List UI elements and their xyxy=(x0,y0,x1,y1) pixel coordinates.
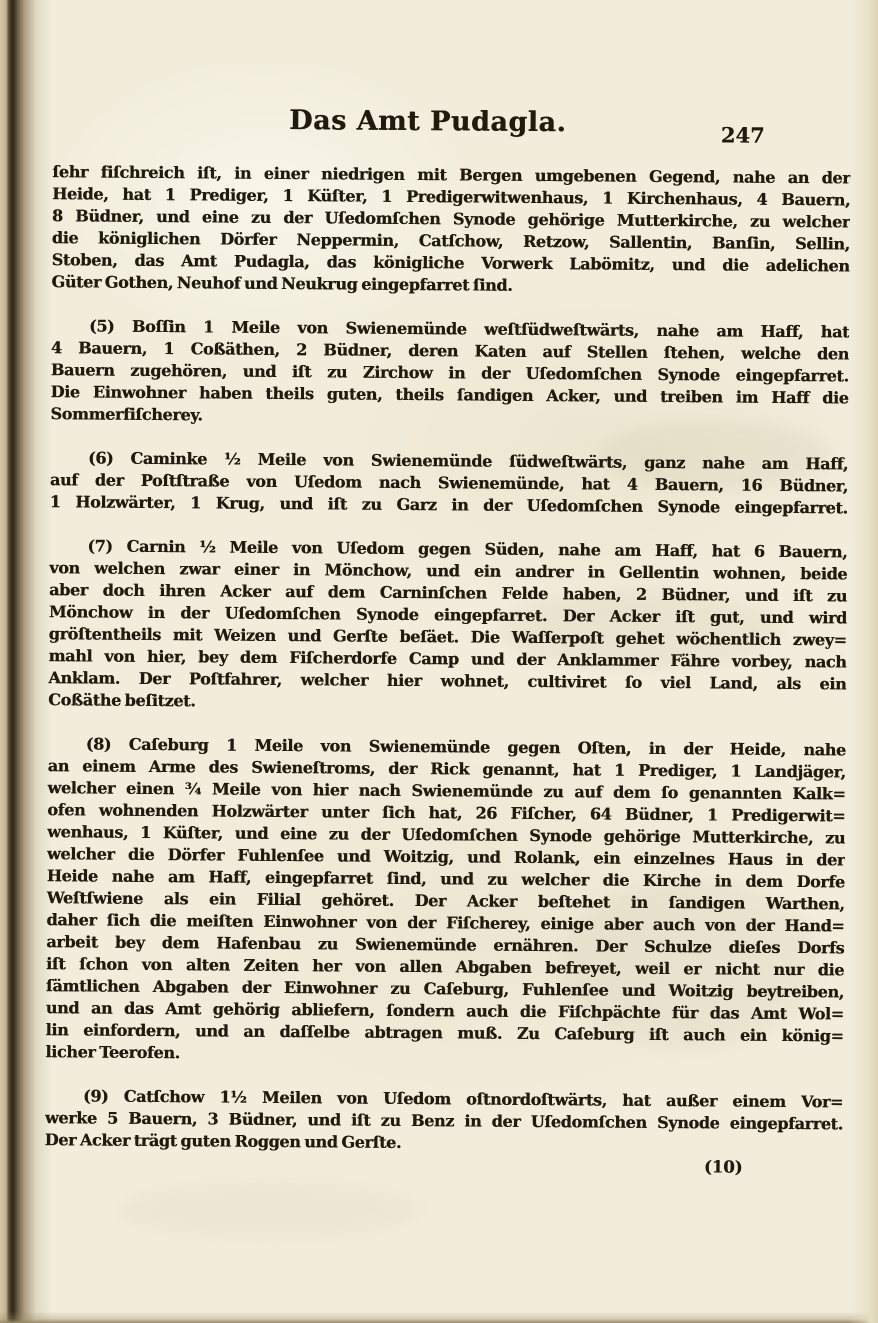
paragraph-entry-9-catschow: (9) Catſchow 1½ Meilen von Uſedom oſtnor… xyxy=(45,1085,843,1157)
paragraph-intro-continuation: ſehr fiſchreich iſt, in einer niedrigen … xyxy=(51,161,850,299)
text-body: ſehr fiſchreich iſt, in einer niedrigen … xyxy=(45,161,851,1157)
paragraph-entry-8-caseburg: (8) Caſeburg 1 Meile von Swienemünde geg… xyxy=(45,733,846,1069)
book-page-scan: Das Amt Pudagla. 247 ſehr fiſchreich iſt… xyxy=(0,0,878,1323)
paragraph-entry-7-carnin: (7) Carnin ½ Meile von Uſedom gegen Süde… xyxy=(48,535,847,717)
page-content: Das Amt Pudagla. 247 ſehr fiſchreich iſt… xyxy=(44,103,850,1179)
page-header: Das Amt Pudagla. 247 xyxy=(53,103,851,149)
bleedthrough-stain xyxy=(120,1180,420,1240)
page-number: 247 xyxy=(721,122,765,147)
paragraph-entry-6-caminke: (6) Caminke ½ Meile von Swienemünde ſüdw… xyxy=(50,447,848,519)
running-header-title: Das Amt Pudagla. xyxy=(29,103,827,140)
paragraph-entry-5-bossin: (5) Boſſin 1 Meile von Swienemünde weſtſ… xyxy=(50,315,849,431)
